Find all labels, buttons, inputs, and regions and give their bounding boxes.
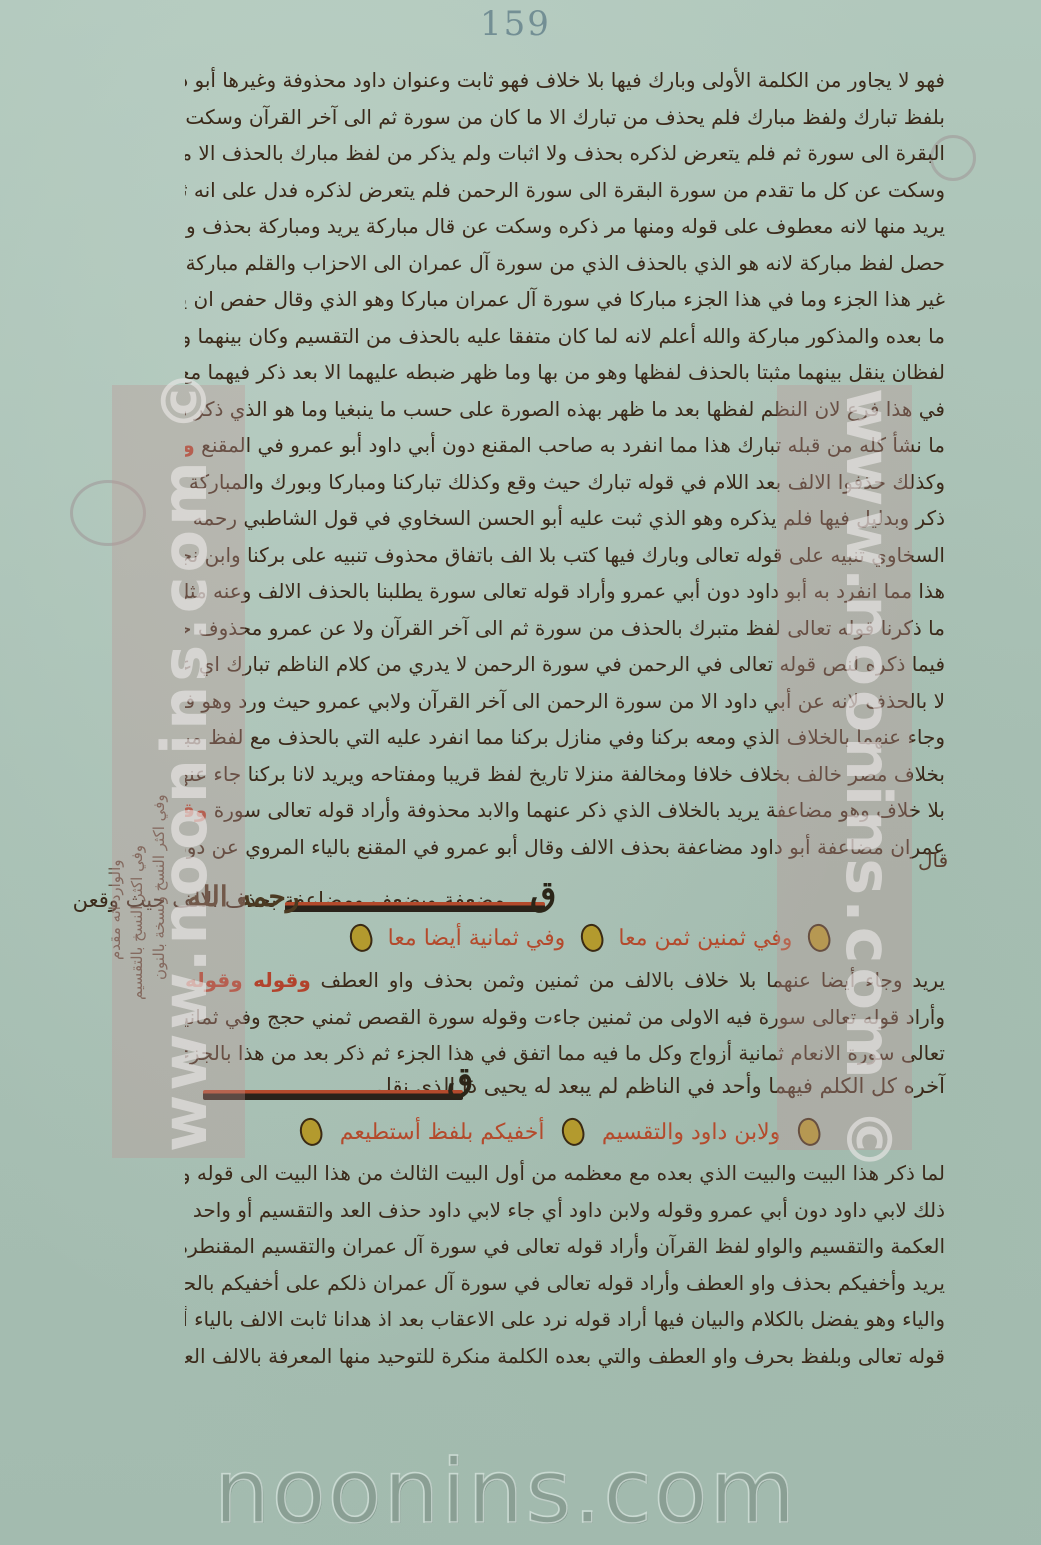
verse-1-hemistich-left: وفي ثمانية أيضا معا bbox=[388, 926, 566, 951]
manuscript-line: ذلك لابي داود دون أبي عمرو وقوله ولابن د… bbox=[185, 1192, 945, 1229]
watermark-vertical-right: www.noonins.com © bbox=[832, 388, 905, 1174]
manuscript-line: قوله تعالى وبلفظ بحرف واو العطف والتي بع… bbox=[185, 1338, 945, 1375]
line-text: العكمة والتقسيم والواو لفظ القرآن وأراد … bbox=[185, 1234, 945, 1258]
manuscript-line: يريد منها لانه معطوف على قوله ومنها مر ذ… bbox=[185, 208, 945, 245]
verse-2-hemistich-left: أخفيكم بلفظ أستطيعم bbox=[340, 1120, 545, 1145]
verse-2-hemistich-right: ولابن داود والتقسيم bbox=[602, 1120, 780, 1145]
heading-1-kashida-bar bbox=[285, 902, 545, 912]
verse-marker-icon bbox=[577, 921, 607, 954]
verse-1-hemistich-right: وفي ثمنين ثمن معا bbox=[618, 926, 792, 951]
manuscript-line: بلفظ تبارك ولفظ مبارك فلم يحذف من تبارك … bbox=[185, 99, 945, 136]
heading-2-qaf: ق bbox=[447, 1060, 473, 1100]
text-block-3: لما ذكر هذا البيت والبيت الذي بعده مع مع… bbox=[185, 1155, 945, 1374]
heading-1-qaf: ق bbox=[530, 874, 556, 914]
manuscript-line: لما ذكر هذا البيت والبيت الذي بعده مع مع… bbox=[185, 1155, 945, 1192]
manuscript-line: فهو لا يجاور من الكلمة الأولى وبارك فيها… bbox=[185, 62, 945, 99]
manuscript-line: وسكت عن كل ما تقدم من سورة البقرة الى سو… bbox=[185, 172, 945, 209]
manuscript-line: البقرة الى سورة ثم فلم يتعرض لذكره بحذف … bbox=[185, 135, 945, 172]
line-text: وسكت عن كل ما تقدم من سورة البقرة الى سو… bbox=[185, 178, 945, 202]
watermark-bottom: noonins.com bbox=[214, 1440, 797, 1543]
verse-marker-icon bbox=[296, 1115, 326, 1148]
verse-marker-icon bbox=[558, 1115, 588, 1148]
verse-marker-icon bbox=[346, 921, 376, 954]
folio-number: 159 bbox=[480, 4, 551, 44]
manuscript-line: غير هذا الجزء وما في هذا الجزء مباركا في… bbox=[185, 281, 945, 318]
rubric-word: وقوله bbox=[243, 968, 311, 992]
manuscript-line: والياء وهو يفضل بالكلام والبيان فيها أرا… bbox=[185, 1301, 945, 1338]
watermark-vertical-left: www.noonins.com © bbox=[148, 366, 221, 1152]
verse-1: وفي ثمنين ثمن معا وفي ثمانية أيضا معا bbox=[350, 918, 830, 958]
verse-2: ولابن داود والتقسيم أخفيكم بلفظ أستطيعم bbox=[300, 1112, 820, 1152]
manuscript-line: حصل لفظ مباركة لانه هو الذي بالحذف الذي … bbox=[185, 245, 945, 282]
line-text: ذلك لابي داود دون أبي عمرو وقوله ولابن د… bbox=[185, 1198, 945, 1222]
manuscript-line: ما بعده والمذكور مباركة والله أعلم لانه … bbox=[185, 318, 945, 355]
margin-note-qal: قال bbox=[918, 848, 948, 872]
manuscript-line: العكمة والتقسيم والواو لفظ القرآن وأراد … bbox=[185, 1228, 945, 1265]
manuscript-line: يريد وأخفيكم بحذف واو العطف وأراد قوله ت… bbox=[185, 1265, 945, 1302]
